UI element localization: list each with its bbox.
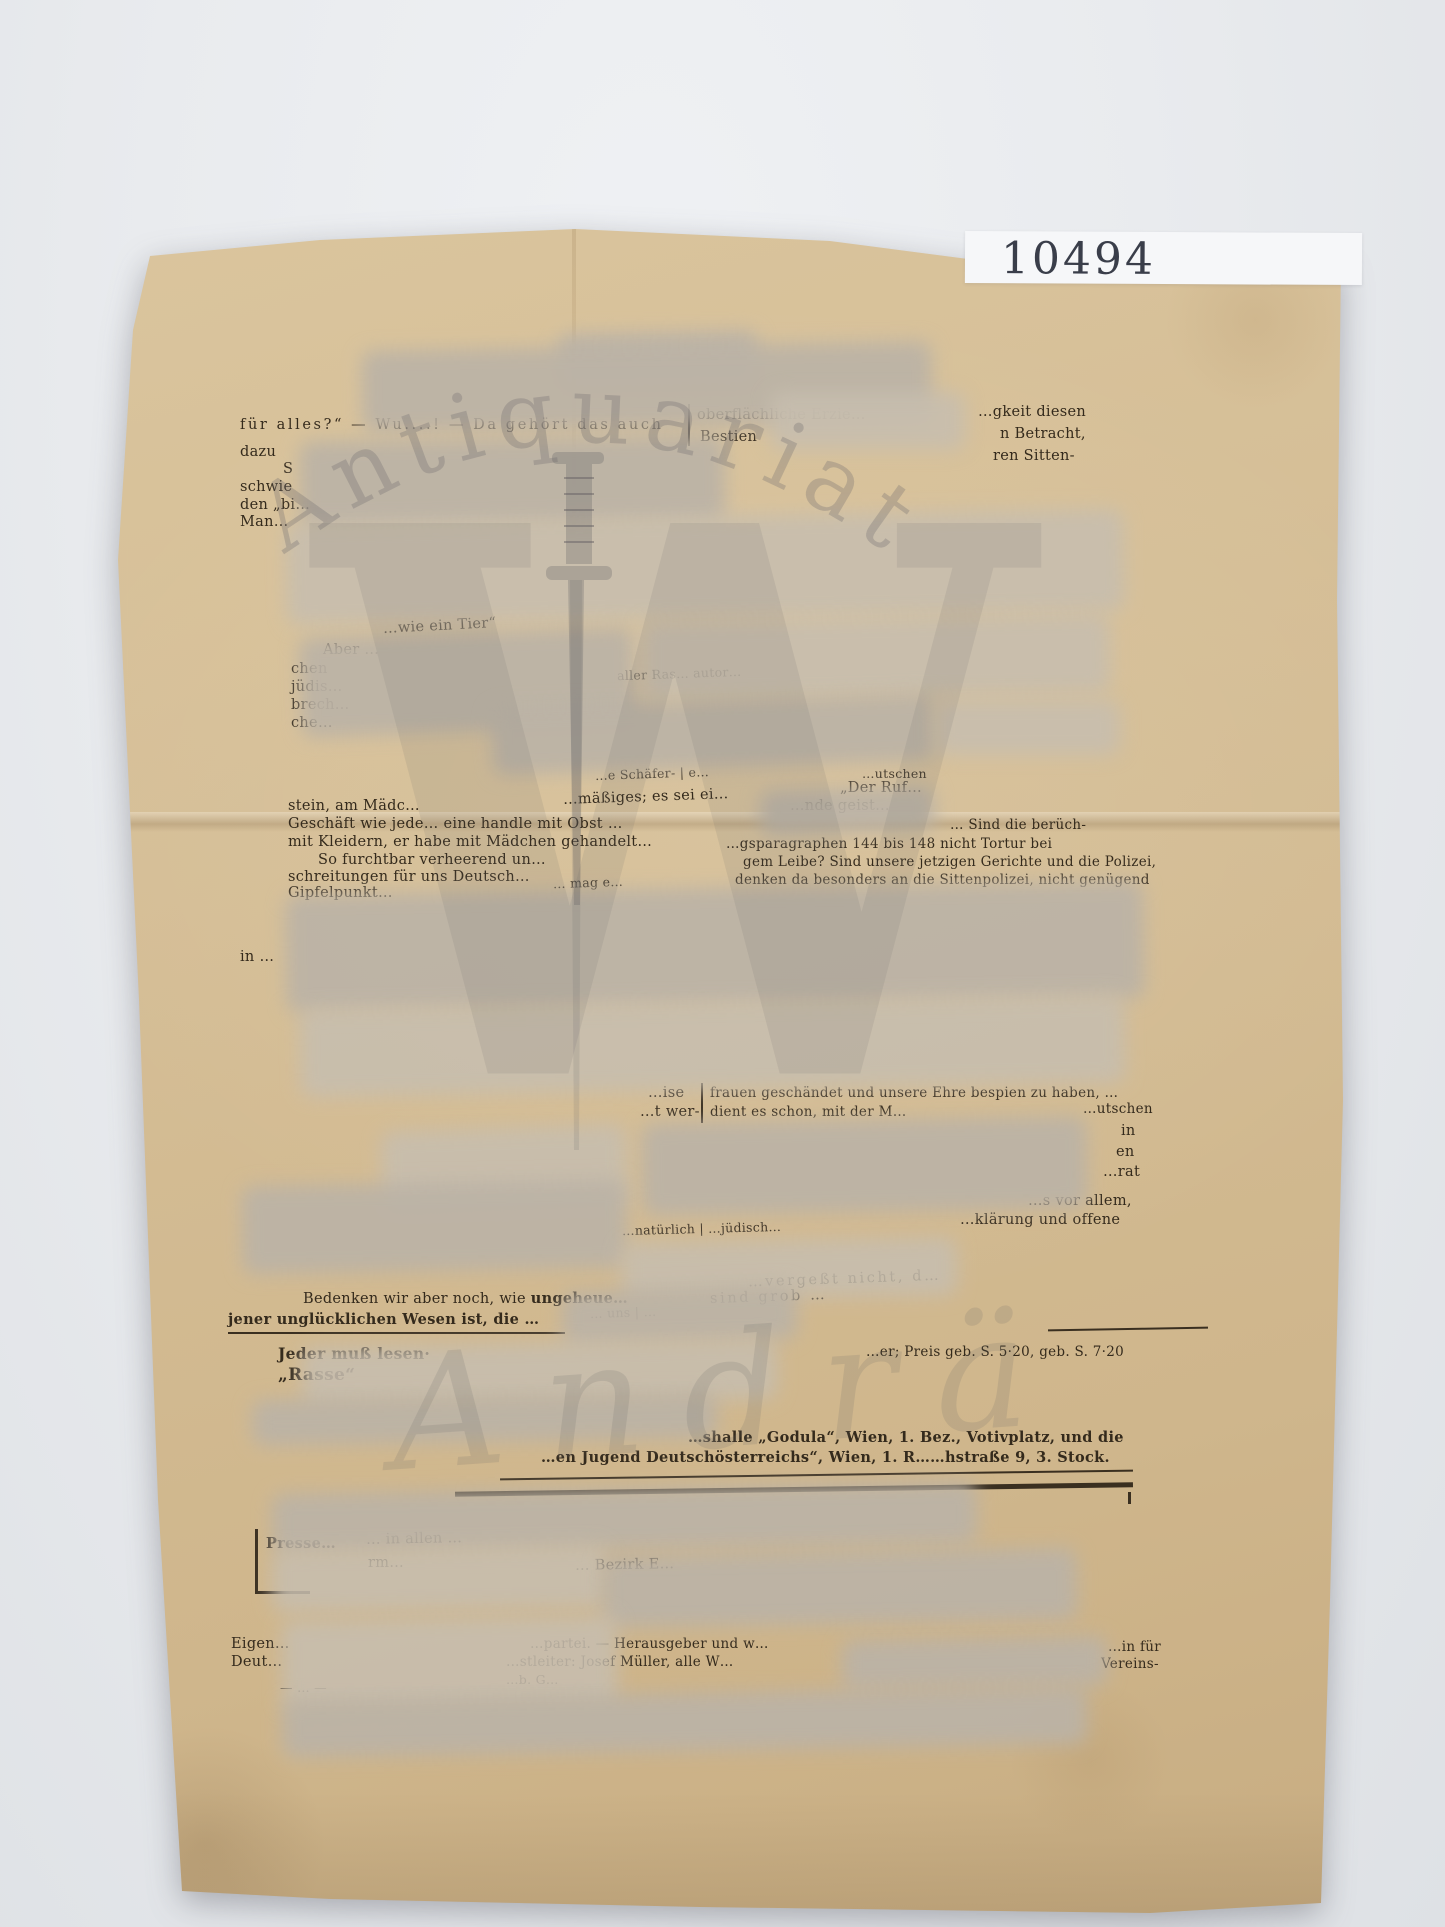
text-fragment: stein, am Mädc… (288, 798, 420, 814)
blur-patch (601, 1548, 1077, 1628)
photo-background: für alles?“ — Wu....! — Da gehört das au… (0, 0, 1445, 1927)
text-fragment: … mag e… (553, 874, 624, 891)
blur-patch (241, 1180, 627, 1275)
blur-patch (770, 392, 965, 450)
inventory-label: 10494 (965, 231, 1362, 285)
blur-patch (285, 881, 1145, 1014)
blur-patch (759, 785, 935, 836)
imprint-line: …in für (1108, 1639, 1161, 1655)
imprint-line: Vereins- (1101, 1656, 1159, 1672)
godula-line: …shalle „Godula“, Wien, 1. Bez., Votivpl… (688, 1429, 1124, 1446)
blur-patch (299, 434, 725, 529)
imprint-line: Deut… (231, 1654, 282, 1670)
text-fragment: dazu (240, 444, 276, 460)
text-fragment: schreitungen für uns Deutsch… (288, 869, 530, 885)
text-fragment: …klärung und offene (960, 1212, 1120, 1228)
bedenken-prefix: Bedenken wir aber noch, wie (303, 1291, 531, 1307)
document-paper: für alles?“ — Wu....! — Da gehört das au… (0, 0, 1445, 1927)
text-fragment: … Sind die berüch- (950, 817, 1086, 833)
text-fragment: …gkeit diesen (978, 404, 1086, 420)
text-fragment: ren Sitten- (993, 448, 1075, 464)
text-fragment: Geschäft wie jede… eine handle mit Obst … (288, 816, 623, 832)
blur-patch (935, 700, 1120, 755)
text-fragment: mit Kleidern, er habe mit Mädchen gehand… (288, 834, 652, 850)
text-fragment: S (283, 461, 293, 477)
blur-patch (842, 1636, 1108, 1691)
text-fragment: …utschen (862, 766, 927, 781)
blur-patch (641, 614, 1110, 700)
text-fragment: in … (240, 949, 274, 965)
blur-patch (272, 1482, 978, 1556)
text-fragment: n Betracht, (1000, 426, 1086, 442)
box-corner-stub (1128, 1492, 1131, 1504)
text-fragment: jener unglücklichen Wesen ist, die … (228, 1311, 539, 1328)
text-fragment: …rat (1103, 1164, 1140, 1180)
text-fragment: schwie (240, 479, 292, 495)
text-fragment: …t wer- (640, 1104, 700, 1120)
jugend-line: …en Jugend Deutschösterreichs“, Wien, 1.… (541, 1449, 1110, 1466)
text-fragment: Man… (240, 514, 289, 530)
text-fragment: So furchtbar verheerend un… (318, 852, 546, 868)
text-fragment: in (1121, 1123, 1136, 1139)
blur-patch (252, 1392, 718, 1446)
text-fragment: …utschen (1083, 1101, 1153, 1117)
text-fragment: en (1116, 1144, 1135, 1160)
blur-patch (561, 1284, 798, 1347)
text-fragment: …gsparagraphen 144 bis 148 nicht Tortur … (726, 836, 1052, 852)
blur-patch (641, 1116, 1088, 1216)
blur-patch (271, 1545, 607, 1613)
blur-patch (299, 995, 1125, 1097)
inventory-number: 10494 (965, 231, 1156, 285)
text-fragment: dient es schon, mit der M… (710, 1104, 907, 1120)
price-line: …er; Preis geb. S. 5·20, geb. S. 7·20 (866, 1344, 1124, 1360)
paper-shadow-wrap: für alles?“ — Wu....! — Da gehört das au… (0, 0, 1445, 1927)
blur-patch (285, 509, 1125, 626)
underline-rule (228, 1332, 565, 1334)
text-fragment: gem Leibe? Sind unsere jetzigen Gerichte… (743, 854, 1156, 870)
